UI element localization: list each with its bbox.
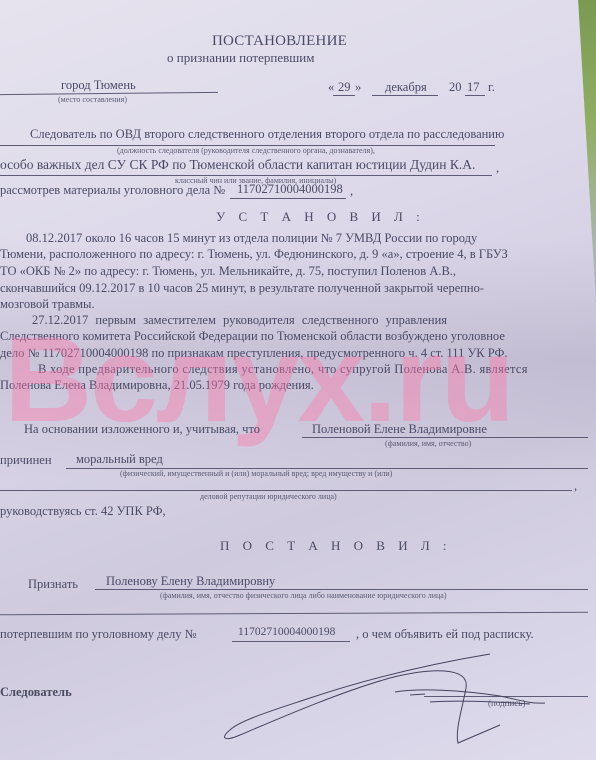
- case-number-underline: [230, 198, 346, 199]
- victim-label: потерпевшим по уголовному делу №: [0, 627, 197, 642]
- recognize-caption: (фамилия, имя, отчество физического лица…: [160, 591, 447, 600]
- basis-value: Поленовой Елене Владимировне: [312, 422, 487, 437]
- para1-line4: скончавшийся 09.12.2017 в 10 часов 25 ми…: [0, 281, 484, 296]
- victim-case-number: 11702710004000198: [238, 626, 335, 638]
- victim-tail: , о чем объявить ей под расписку.: [356, 627, 534, 642]
- day-underline: [333, 95, 355, 96]
- victim-case-underline: [232, 641, 350, 642]
- document-subtitle: о признании потерпевшим: [167, 50, 314, 66]
- place-caption: (место составления): [58, 95, 127, 104]
- recognize-label: Признать: [28, 577, 78, 592]
- date-close-quote: »: [355, 80, 361, 95]
- handwritten-signature: [200, 650, 590, 750]
- date-open-quote: «: [328, 80, 334, 95]
- harm-value: моральный вред: [76, 452, 163, 467]
- para1-line3: ТО «ОКБ № 2» по адресу: г. Тюмень, ул. М…: [0, 264, 456, 279]
- place-value: город Тюмень: [61, 78, 136, 93]
- investigator-line1: Следователь по ОВД второго следственного…: [30, 127, 504, 142]
- investigator-trailing-comma: ,: [496, 161, 499, 176]
- established-heading: У С Т А Н О В И Л :: [216, 209, 425, 225]
- basis-underline: [302, 437, 588, 438]
- investigator-caption1: (должность следователя (руководителя сле…: [117, 146, 375, 155]
- resolved-heading: П О С Т А Н О В И Л :: [220, 538, 452, 554]
- case-review-number: 11702710004000198: [237, 182, 343, 197]
- month-underline: [372, 95, 438, 96]
- harm-caption1: (физический, имущественный и (или) морал…: [120, 469, 392, 478]
- date-day: 29: [338, 80, 351, 95]
- guided-by: руководствуясь ст. 42 УПК РФ,: [0, 504, 166, 519]
- para1-line5: мозговой травмы.: [0, 297, 95, 312]
- basis-caption: (фамилия, имя, отчество): [385, 439, 471, 448]
- basis-label: На основании изложенного и, учитывая, чт…: [24, 422, 260, 437]
- document-title: ПОСТАНОВЛЕНИЕ: [212, 33, 347, 50]
- date-year-unit: г.: [488, 80, 495, 95]
- harm-underline2: [0, 490, 572, 491]
- date-month: декабря: [385, 80, 427, 95]
- harm-trailing-comma: ,: [574, 479, 577, 494]
- harm-label: причинен: [0, 453, 52, 468]
- investigator-line2: особо важных дел СУ СК РФ по Тюменской о…: [0, 157, 475, 173]
- recognize-value: Поленову Елену Владимировну: [106, 574, 275, 589]
- case-review-label: рассмотрев материалы уголовного дела №: [0, 183, 225, 198]
- para1-line1: 08.12.2017 около 16 часов 15 минут из от…: [26, 231, 477, 246]
- recognize-underline: [95, 589, 588, 590]
- date-year-suffix: 17: [467, 80, 480, 95]
- harm-caption2: деловой репутации юридического лица): [200, 492, 337, 501]
- date-year-prefix: 20: [449, 80, 462, 95]
- signature-role: Следователь: [0, 685, 72, 700]
- year-underline: [465, 95, 485, 96]
- para1-line2: Тюмени, расположенного по адресу: г. Тюм…: [0, 247, 508, 262]
- case-review-trailing: ,: [350, 184, 353, 199]
